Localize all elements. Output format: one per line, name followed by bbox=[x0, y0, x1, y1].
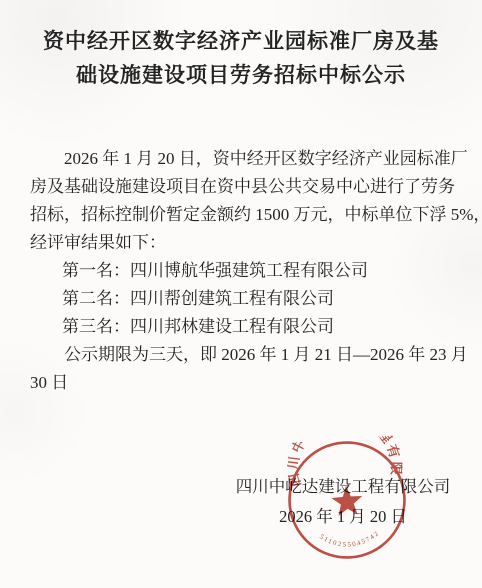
document-body: 2026 年 1 月 20 日，资中经开区数字经济产业园标准厂 房及基础设施建设… bbox=[30, 145, 456, 397]
intro-line: 招标，招标控制价暂定金额约 1500 万元，中标单位下浮 5%， bbox=[30, 201, 456, 229]
svg-text:5110255045742: 5110255045742 bbox=[318, 529, 382, 550]
title-line-1: 资中经开区数字经济产业园标准厂房及基 bbox=[0, 24, 482, 58]
intro-line: 房及基础设施建设项目在资中县公共交易中心进行了劳务 bbox=[30, 173, 456, 201]
document-page: 资中经开区数字经济产业园标准厂房及基 础设施建设项目劳务招标中标公示 2026 … bbox=[0, 0, 482, 588]
ranking-line-second: 第二名：四川帮创建筑工程有限公司 bbox=[30, 285, 456, 313]
seal-star-icon bbox=[331, 485, 364, 516]
ranking-line-third: 第三名：四川邦林建设工程有限公司 bbox=[30, 313, 456, 341]
ranking-line-first: 第一名：四川博航华强建筑工程有限公司 bbox=[30, 257, 456, 285]
intro-line: 2026 年 1 月 20 日，资中经开区数字经济产业园标准厂 bbox=[30, 145, 456, 173]
period-line: 30 日 bbox=[30, 369, 456, 397]
seal-number: 5110255045742 bbox=[318, 529, 382, 550]
company-seal: 四川中屹达建设工程有限公司 5110255045742 bbox=[282, 435, 412, 565]
intro-line: 经评审结果如下： bbox=[30, 229, 456, 257]
title-line-2: 础设施建设项目劳务招标中标公示 bbox=[0, 58, 482, 92]
document-title: 资中经开区数字经济产业园标准厂房及基 础设施建设项目劳务招标中标公示 bbox=[0, 0, 482, 92]
period-line: 公示期限为三天，即 2026 年 1 月 21 日—2026 年 23 月 bbox=[30, 341, 456, 369]
